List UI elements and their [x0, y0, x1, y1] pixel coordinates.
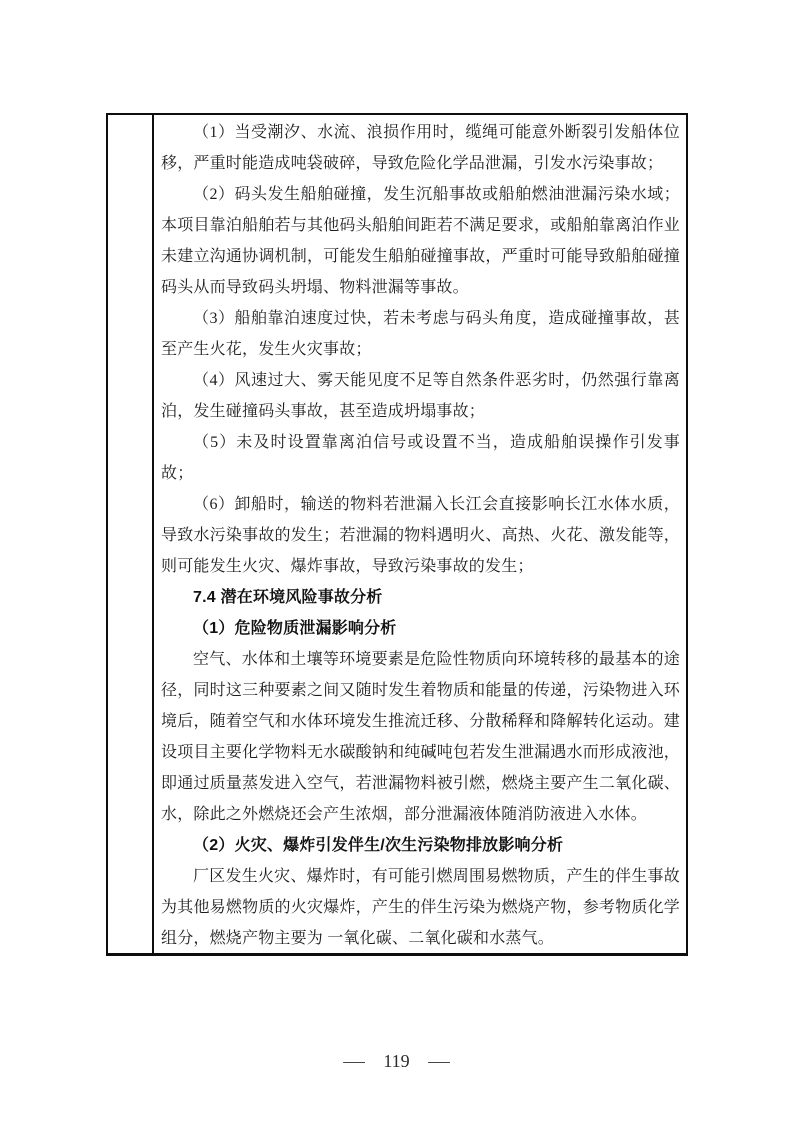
footer-dash-left: —: [344, 1051, 366, 1072]
table-text-column: （1）当受潮汐、水流、浪损作用时，缆绳可能意外断裂引发船体位移，严重时能造成吨袋…: [154, 115, 686, 953]
paragraph-combustion-products: 厂区发生火灾、爆炸时，有可能引燃周围易燃物质，产生的伴生事故为其他易燃物质的火灾…: [161, 861, 680, 953]
table-left-spacer-column: [108, 115, 154, 953]
page-footer: — 119 —: [0, 1046, 793, 1076]
paragraph-mooring-breakage: （1）当受潮汐、水流、浪损作用时，缆绳可能意外断裂引发船体位移，严重时能造成吨袋…: [161, 117, 680, 179]
paragraph-signal-misoperation: （5）未及时设置靠离泊信号或设置不当，造成船舶误操作引发事故；: [161, 427, 680, 489]
subheading-hazard-leak-analysis: （1）危险物质泄漏影响分析: [161, 613, 680, 644]
footer-dash-right: —: [428, 1051, 450, 1072]
page-number: 119: [383, 1051, 409, 1072]
paragraph-ship-collision: （2）码头发生船舶碰撞，发生沉船事故或船舶燃油泄漏污染水域；本项目靠泊船舶若与其…: [161, 179, 680, 303]
content-table: （1）当受潮汐、水流、浪损作用时，缆绳可能意外断裂引发船体位移，严重时能造成吨袋…: [106, 113, 688, 956]
subheading-fire-explosion-analysis: （2）火灾、爆炸引发伴生/次生污染物排放影响分析: [161, 830, 680, 861]
section-heading-7-4: 7.4 潜在环境风险事故分析: [161, 582, 680, 613]
paragraph-environment-transfer: 空气、水体和土壤等环境要素是危险性物质向环境转移的最基本的途径，同时这三种要素之…: [161, 644, 680, 830]
paragraph-berthing-speed: （3）船舶靠泊速度过快，若未考虑与码头角度，造成碰撞事故，甚至产生火花，发生火灾…: [161, 303, 680, 365]
paragraph-unloading-leak: （6）卸船时，输送的物料若泄漏入长江会直接影响长江水体水质，导致水污染事故的发生…: [161, 489, 680, 582]
paragraph-bad-weather: （4）风速过大、雾天能见度不足等自然条件恶劣时，仍然强行靠离泊，发生碰撞码头事故…: [161, 365, 680, 427]
document-page: （1）当受潮汐、水流、浪损作用时，缆绳可能意外断裂引发船体位移，严重时能造成吨袋…: [0, 0, 793, 1122]
